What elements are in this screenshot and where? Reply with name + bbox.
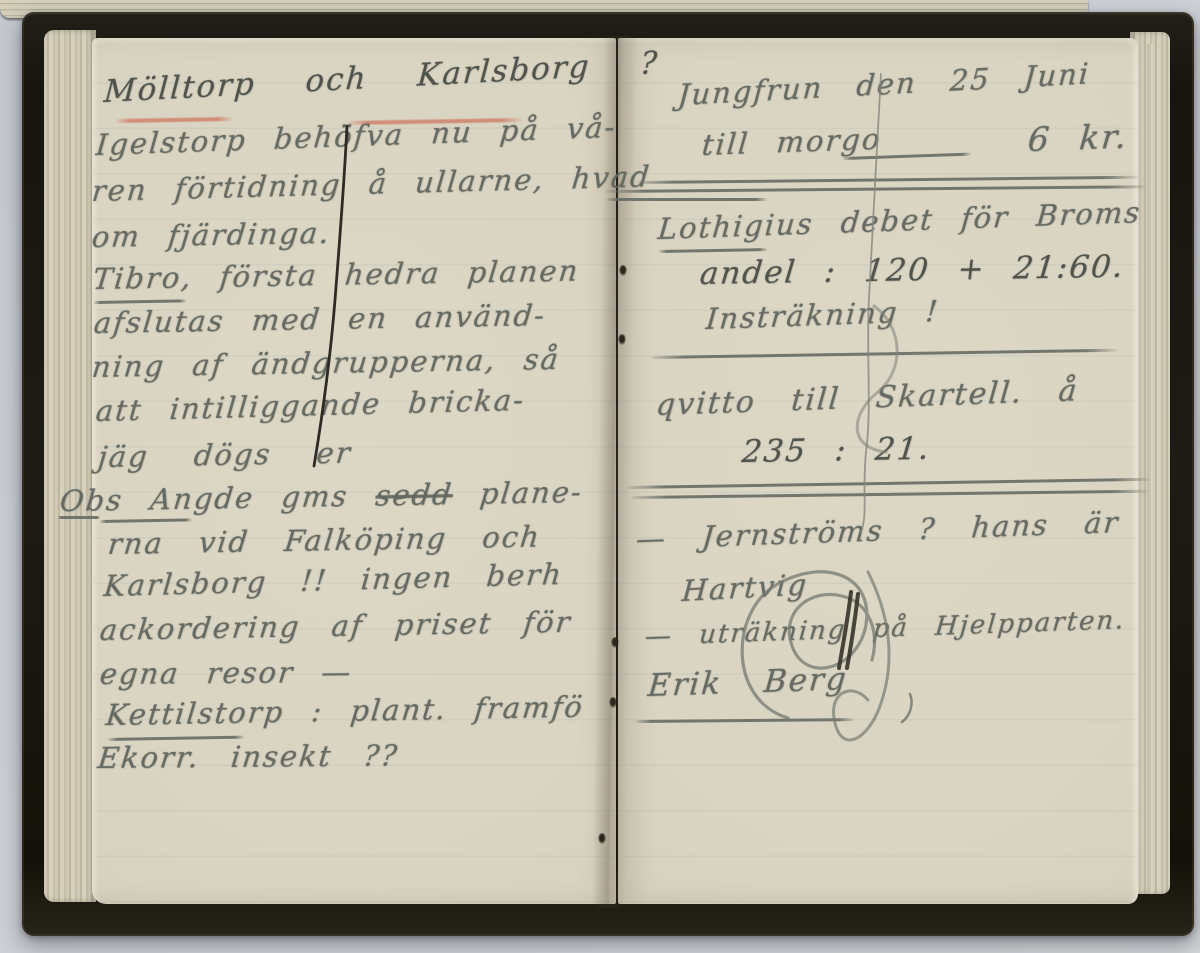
right-page xyxy=(618,38,1138,904)
right-page-crease xyxy=(1146,44,1154,894)
stitch-hole xyxy=(609,697,617,708)
notebook-photo: Mölltorp och Karlsborg ? Igelstorp behöf… xyxy=(0,0,1200,953)
struck-word: sedd xyxy=(374,477,455,512)
page-edge-stack-left xyxy=(44,30,96,902)
handwritten-line: Ekorr. insekt ?? xyxy=(96,738,401,775)
handwritten-amount: 6 kr. xyxy=(1026,116,1129,159)
pencil-rule xyxy=(607,198,767,201)
handwritten-line: 235 : 21. xyxy=(740,431,932,470)
pencil-underline xyxy=(58,516,100,519)
handwritten-line: Hartvig xyxy=(681,567,810,608)
handwritten-line: om fjärdinga. xyxy=(90,216,332,254)
handwritten-segment: Obs Angde gms xyxy=(58,478,377,518)
stitch-hole xyxy=(611,637,619,648)
handwritten-segment: plane- xyxy=(451,475,585,511)
handwritten-line: jäg dögs er xyxy=(96,436,353,474)
stitch-hole xyxy=(619,265,627,276)
handwritten-line: Erik Berg xyxy=(646,661,849,704)
handwritten-line: andel : 120 + 21:60. xyxy=(698,249,1126,292)
stitch-hole xyxy=(598,833,606,844)
stitch-hole xyxy=(618,334,626,345)
handwritten-line: egna resor — xyxy=(98,655,354,691)
